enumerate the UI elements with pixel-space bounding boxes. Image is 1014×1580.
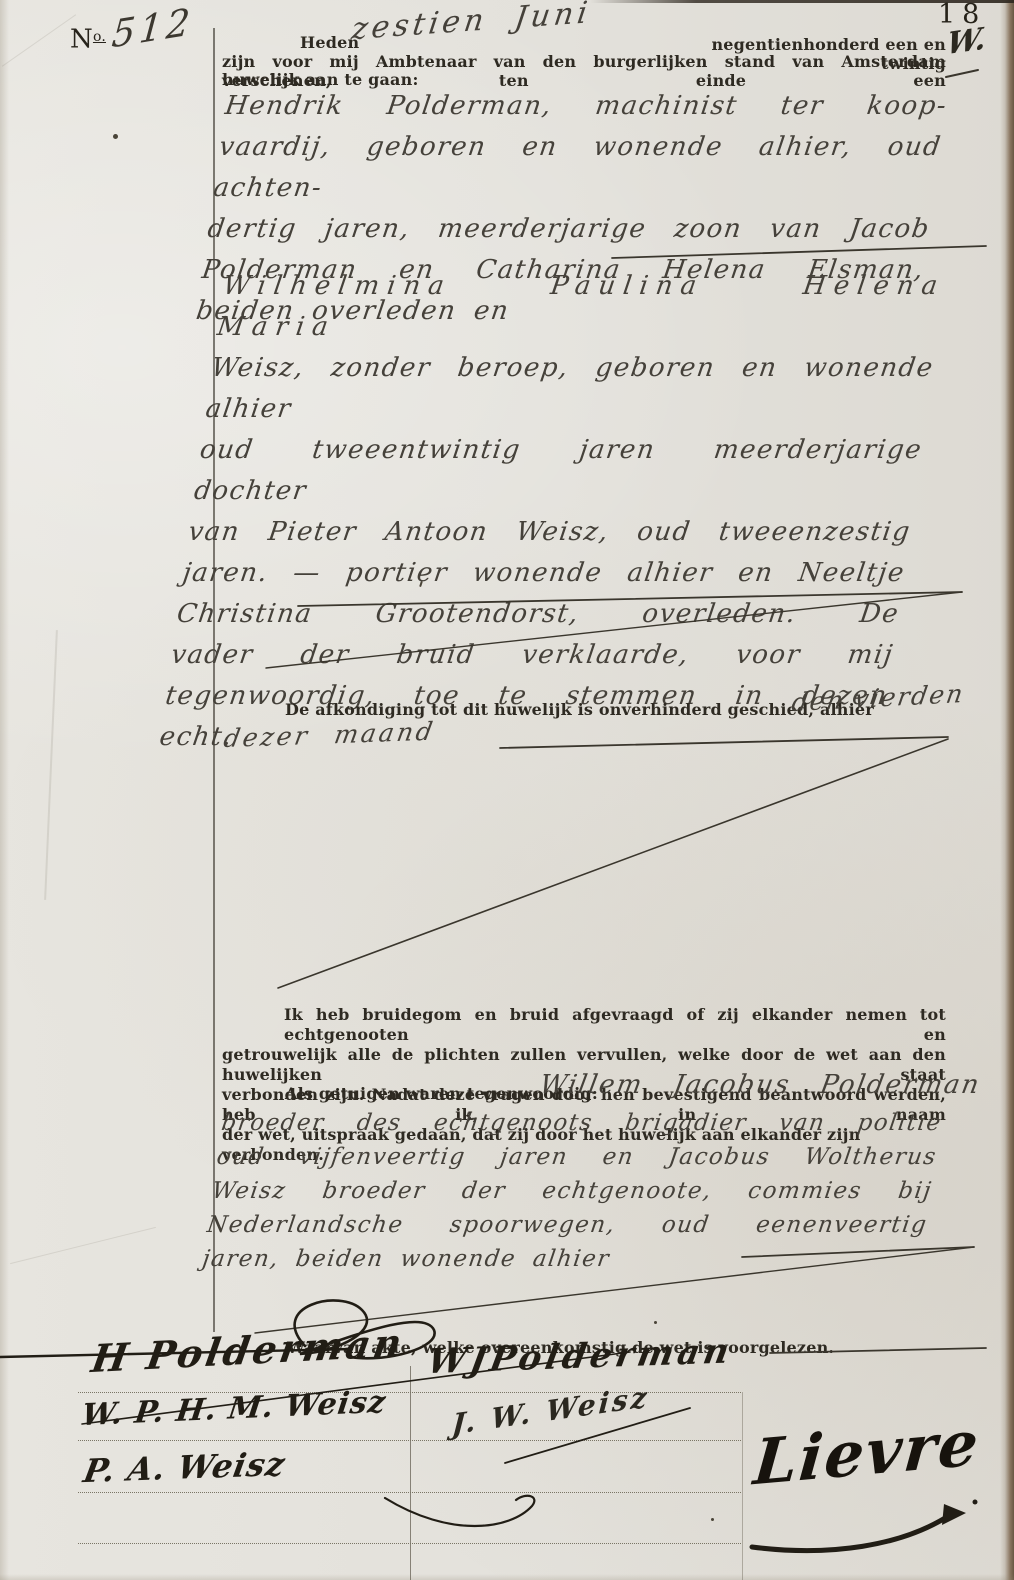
witnesses-first-name-handwritten: Willem Jacobus Polderman	[537, 1070, 948, 1100]
bride-paragraph-line: Wilhelmina Paulina Helena Maria	[214, 266, 948, 348]
signature-flourish	[385, 1496, 534, 1526]
paper-crease	[44, 630, 58, 900]
signature-flourish-dot	[973, 1500, 978, 1505]
paper-crease	[2, 14, 76, 66]
groom-paragraph-line: Hendrik Polderman, machinist ter koop-	[222, 86, 950, 127]
page-edge-bottom	[0, 1574, 1014, 1580]
witnesses-line: broeder des echtgenoots brigadier van po…	[219, 1106, 944, 1140]
groom-paragraph-line: dertig jaren, meerderjarige zoon van Jac…	[205, 209, 933, 250]
signature-witness2: J. W. Weisz	[451, 1380, 651, 1441]
witnesses-line: oud vijfenveertig jaren en Jacobus Wolth…	[214, 1140, 939, 1174]
groom-paragraph-line: vaardij, geboren en wonende alhier, oud …	[211, 127, 945, 209]
bride-paragraph-line: Christina Grootendorst, overleden. De	[174, 594, 902, 635]
signature-flourish-arrowhead	[942, 1504, 966, 1525]
ink-speck	[711, 1518, 714, 1521]
page-edge-left	[0, 0, 9, 1580]
signature-father: P. A. Weisz	[81, 1445, 289, 1490]
signature-column-divider	[410, 1366, 411, 1580]
bride-paragraph-line: van Pieter Antoon Weisz, oud tweeenzesti…	[186, 512, 914, 553]
ink-speck	[654, 1321, 657, 1324]
act-number-block: No.	[70, 28, 106, 51]
signature-official: Lievre	[751, 1406, 983, 1500]
act-number-label: N	[70, 24, 93, 54]
header-date-handwritten: zestien Juni	[350, 0, 594, 47]
signature-flourish	[752, 1515, 950, 1551]
bride-paragraph-line: oud tweeentwintig jaren meerderjarige do…	[191, 430, 925, 512]
act-number-value: 512	[110, 0, 195, 57]
bride-paragraph-line: Weisz, zonder beroep, geboren en wonende…	[203, 348, 937, 430]
signature-dotted-line	[78, 1440, 741, 1441]
bride-paragraph: Wilhelmina Paulina Helena Maria Weisz, z…	[157, 266, 948, 758]
witnesses-line: jaren, beiden wonende alhier	[200, 1242, 925, 1276]
act-number-label-sup: o.	[93, 29, 106, 45]
signature-groom: H Polderman	[88, 1319, 407, 1381]
signature-column-divider	[742, 1392, 743, 1580]
strike-line	[278, 739, 948, 988]
witnesses-line: Nederlandsche spoorwegen, oud eenenveert…	[205, 1208, 930, 1242]
registrar-paraph: W.	[944, 21, 988, 63]
bride-paragraph-line: jaren. — portier wonende alhier en Neelt…	[180, 553, 908, 594]
proclamation-printed: De afkondiging tot dit huwelijk is onver…	[285, 700, 874, 719]
bride-paragraph-line: vader der bruid verklaarde, voor mij	[168, 635, 896, 676]
ink-speck	[113, 134, 118, 139]
marriage-certificate-page: 18 No. 512 Heden zestien Juni negentienh…	[0, 0, 1014, 1580]
witnesses-paragraph: broeder des echtgenoots brigadier van po…	[200, 1106, 944, 1276]
vows-line: Ik heb bruidegom en bruid afgevraagd of …	[222, 1005, 946, 1045]
page-edge-right	[1000, 0, 1014, 1580]
paper-crease	[10, 1227, 156, 1264]
witnesses-line: Weisz broeder der echtgenoote, commies b…	[210, 1174, 935, 1208]
signature-dotted-line	[78, 1492, 741, 1493]
paraph-underline	[946, 70, 978, 77]
signature-dotted-line	[78, 1543, 741, 1544]
